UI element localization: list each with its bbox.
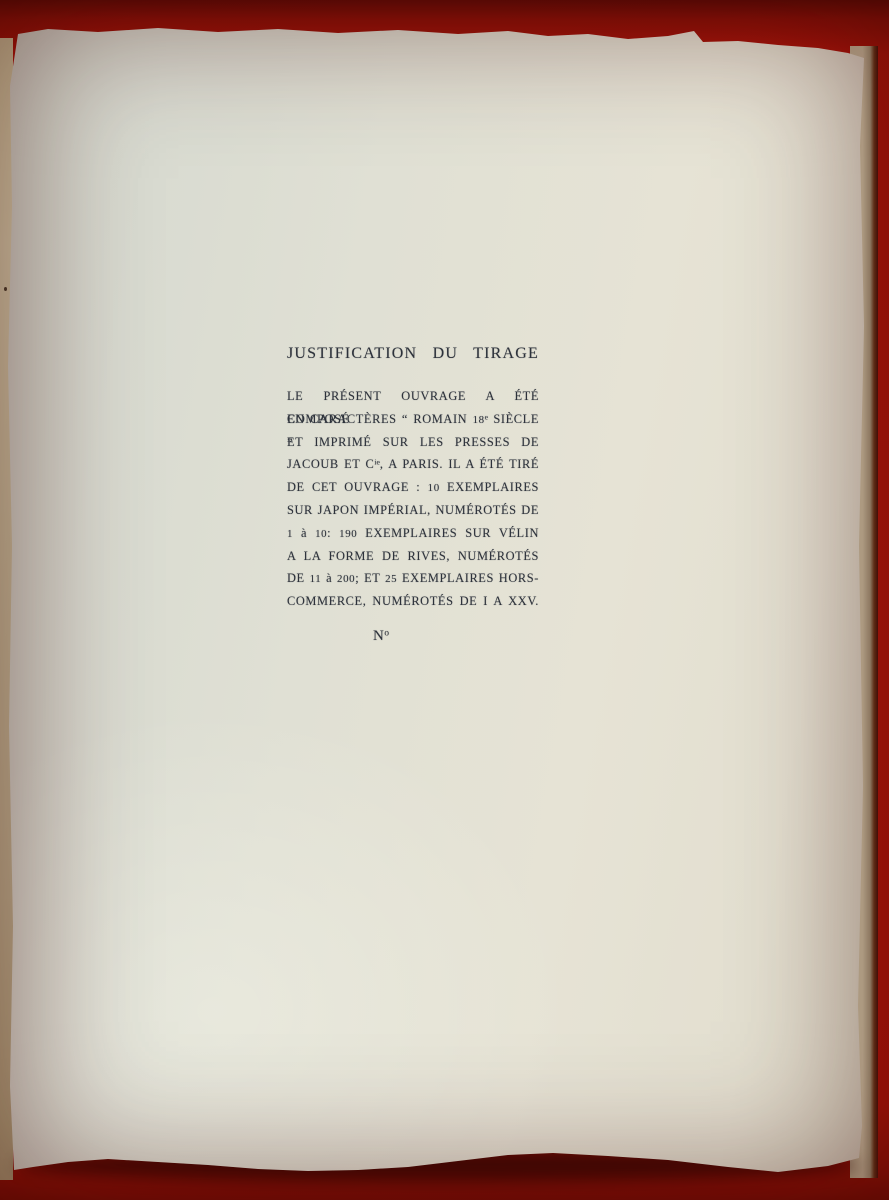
- limitation-text-block: JUSTIFICATION DU TIRAGE LE PRÉSENT OUVRA…: [287, 344, 539, 646]
- limitation-text: LE PRÉSENT OUVRAGE A ÉTÉ COMPOSÉEN CARAC…: [287, 385, 539, 613]
- limitation-line: DE CET OUVRAGE : 10 EXEMPLAIRES: [287, 476, 539, 499]
- limitation-line: SUR JAPON IMPÉRIAL, NUMÉROTÉS DE: [287, 499, 539, 522]
- page-title: JUSTIFICATION DU TIRAGE: [287, 344, 539, 364]
- limitation-line: ET IMPRIMÉ SUR LES PRESSES DE: [287, 431, 539, 454]
- limitation-line: A LA FORME DE RIVES, NUMÉROTÉS: [287, 545, 539, 568]
- photo-background: JUSTIFICATION DU TIRAGE LE PRÉSENT OUVRA…: [0, 0, 889, 1200]
- paper-speck: [4, 287, 7, 291]
- limitation-line: COMMERCE, NUMÉROTÉS DE I A XXV.: [287, 590, 539, 613]
- limitation-line: EN CARACTÈRES “ ROMAIN 18e SIÈCLE ”: [287, 408, 539, 431]
- limitation-line: LE PRÉSENT OUVRAGE A ÉTÉ COMPOSÉ: [287, 385, 539, 408]
- limitation-line: DE 11 à 200; ET 25 EXEMPLAIRES HORS-: [287, 567, 539, 590]
- limitation-line: JACOUB ET Cie, A PARIS. IL A ÉTÉ TIRÉ: [287, 453, 539, 476]
- limitation-line: 1 à 10: 190 EXEMPLAIRES SUR VÉLIN: [287, 522, 539, 545]
